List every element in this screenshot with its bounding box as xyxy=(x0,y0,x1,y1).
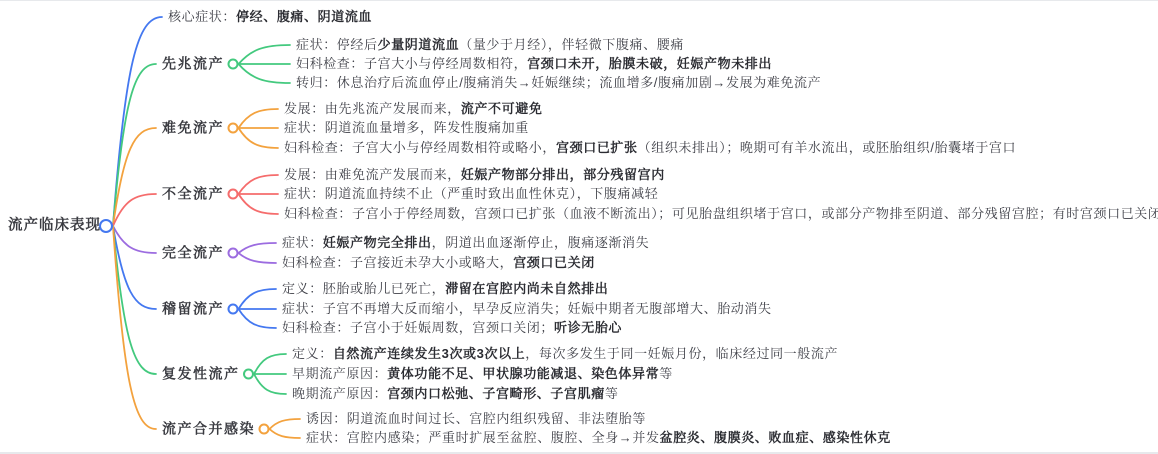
leaf-text: 妇科检查：子宫大小与停经周数相符或略小， xyxy=(284,140,556,155)
leaf-text: 等 xyxy=(605,386,619,401)
connector-line xyxy=(239,194,279,214)
branch-toggle-missed-abortion[interactable] xyxy=(229,305,238,314)
connector-line xyxy=(270,429,301,438)
mindmap-canvas: 流产临床表现 核心症状：停经、腹痛、阴道流血先兆流产症状：停经后少量阴道流血（量… xyxy=(0,0,1158,454)
leaf-inevitable-abortion-0[interactable]: 发展：由先兆流产发展而来，流产不可避免 xyxy=(284,101,542,117)
leaf-text-bold: 流产不可避免 xyxy=(461,101,543,116)
leaf-text: 症状： xyxy=(282,235,323,250)
leaf-recurrent-abortion-0[interactable]: 定义：自然流产连续发生3次或3次以上，每次多发生于同一妊娠月份，临床经过同一般流… xyxy=(292,346,838,362)
leaf-text: 症状：停经后 xyxy=(296,37,378,52)
leaf-threatened-abortion-2[interactable]: 转归：休息治疗后流血停止/腹痛消失→妊娠继续；流血增多/腹痛加剧→发展为难免流产 xyxy=(296,75,821,91)
leaf-text: 妇科检查：子宫接近未孕大小或略大， xyxy=(282,255,513,270)
connector-line xyxy=(254,374,286,394)
leaf-core-symptoms-0[interactable]: 核心症状：停经、腹痛、阴道流血 xyxy=(168,9,372,25)
leaf-inevitable-abortion-2[interactable]: 妇科检查：子宫大小与停经周数相符或略小，宫颈口已扩张（组织未排出）；晚期可有羊水… xyxy=(284,140,1016,156)
leaf-text: 发展：由难免流产发展而来， xyxy=(284,167,461,182)
leaf-text-bold: 自然流产连续发生3次或3次以上 xyxy=(333,346,525,361)
branch-toggle-incomplete-abortion[interactable] xyxy=(229,190,238,199)
leaf-missed-abortion-0[interactable]: 定义：胚胎或胎儿已死亡，滞留在宫腔内尚未自然排出 xyxy=(282,281,608,297)
branch-toggle-threatened-abortion[interactable] xyxy=(229,60,238,69)
leaf-text: 晚期流产原因： xyxy=(292,386,387,401)
leaf-text-bold: 宫颈内口松弛、子宫畸形、子宫肌瘤 xyxy=(387,386,605,401)
leaf-text-bold: 黄体功能不足、甲状腺功能减退、染色体异常 xyxy=(387,366,659,381)
leaf-text: 发展：由先兆流产发展而来， xyxy=(284,101,461,116)
leaf-text: 妇科检查：子宫小于妊娠周数，宫颈口关闭； xyxy=(282,320,554,335)
branch-threatened-abortion[interactable]: 先兆流产 xyxy=(162,56,224,73)
leaf-threatened-abortion-1[interactable]: 妇科检查：子宫大小与停经周数相符，宫颈口未开，胎膜未破，妊娠产物未排出 xyxy=(296,56,772,72)
branch-septic-abortion[interactable]: 流产合并感染 xyxy=(162,421,255,438)
leaf-incomplete-abortion-1[interactable]: 症状：阴道流血持续不止（严重时致出血性休克），下腹痛减轻 xyxy=(284,186,658,202)
leaf-text: 症状：阴道流血量增多，阵发性腹痛加重 xyxy=(284,120,529,135)
leaf-inevitable-abortion-1[interactable]: 症状：阴道流血量增多，阵发性腹痛加重 xyxy=(284,120,529,136)
connector-line xyxy=(239,45,291,64)
leaf-incomplete-abortion-2[interactable]: 妇科检查：子宫小于停经周数，宫颈口已扩张（血液不断流出）；可见胎盘组织堵于宫口，… xyxy=(284,206,1158,222)
leaf-text-bold: 妊娠产物完全排出 xyxy=(323,235,432,250)
leaf-text: 核心症状： xyxy=(168,9,236,24)
connector-line xyxy=(239,253,277,263)
connector-line xyxy=(239,243,277,253)
leaf-text-bold: 听诊无胎心 xyxy=(554,320,622,335)
connector-line xyxy=(239,128,279,148)
root-toggle[interactable] xyxy=(100,220,112,232)
connector-line xyxy=(113,194,156,226)
leaf-incomplete-abortion-0[interactable]: 发展：由难免流产发展而来，妊娠产物部分排出，部分残留宫内 xyxy=(284,167,665,183)
branch-incomplete-abortion[interactable]: 不全流产 xyxy=(162,186,224,203)
leaf-text: 定义： xyxy=(292,346,333,361)
root-node[interactable]: 流产临床表现 xyxy=(8,217,101,234)
branch-toggle-inevitable-abortion[interactable] xyxy=(229,124,238,133)
connector-line xyxy=(113,226,156,253)
leaf-recurrent-abortion-1[interactable]: 早期流产原因：黄体功能不足、甲状腺功能减退、染色体异常等 xyxy=(292,366,673,382)
leaf-text: （组织未排出）；晚期可有羊水流出，或胚胎组织/胎囊堵于宫口 xyxy=(638,140,1017,155)
branch-inevitable-abortion[interactable]: 难免流产 xyxy=(162,120,224,137)
leaf-text: 诱因：阴道流血时间过长、宫腔内组织残留、非法堕胎等 xyxy=(306,411,646,426)
leaf-missed-abortion-1[interactable]: 症状：子宫不再增大反而缩小，早孕反应消失；妊娠中期者无腹部增大、胎动消失 xyxy=(282,301,772,317)
leaf-text-bold: 盆腔炎、腹膜炎、败血症、感染性休克 xyxy=(660,430,891,445)
leaf-text: 转归：休息治疗后流血停止/腹痛消失→妊娠继续；流血增多/腹痛加剧→发展为难免流产 xyxy=(296,75,821,90)
connector-line xyxy=(270,419,301,429)
leaf-threatened-abortion-0[interactable]: 症状：停经后少量阴道流血（量少于月经），伴轻微下腹痛、腰痛 xyxy=(296,37,684,53)
connector-line xyxy=(239,309,277,328)
leaf-text-bold: 停经、腹痛、阴道流血 xyxy=(236,9,372,24)
branch-toggle-recurrent-abortion[interactable] xyxy=(244,370,253,379)
connector-line xyxy=(239,175,279,194)
branch-toggle-septic-abortion[interactable] xyxy=(260,425,269,434)
leaf-text: 症状：宫腔内感染；严重时扩展至盆腔、腹腔、全身→并发 xyxy=(306,430,660,445)
leaf-text: 症状：子宫不再增大反而缩小，早孕反应消失；妊娠中期者无腹部增大、胎动消失 xyxy=(282,301,772,316)
leaf-text-bold: 滞留在宫腔内尚未自然排出 xyxy=(445,281,608,296)
branch-recurrent-abortion[interactable]: 复发性流产 xyxy=(162,366,240,383)
leaf-text-bold: 妊娠产物部分排出，部分残留宫内 xyxy=(461,167,665,182)
root-label: 流产临床表现 xyxy=(8,217,101,233)
connector-line xyxy=(254,354,286,374)
leaf-missed-abortion-2[interactable]: 妇科检查：子宫小于妊娠周数，宫颈口关闭；听诊无胎心 xyxy=(282,320,622,336)
leaf-text: 妇科检查：子宫小于停经周数，宫颈口已扩张（血液不断流出）；可见胎盘组织堵于宫口，… xyxy=(284,206,1158,221)
connector-line xyxy=(239,109,279,128)
leaf-text-bold: 宫颈口未开，胎膜未破，妊娠产物未排出 xyxy=(527,56,772,71)
leaf-text: 等 xyxy=(659,366,673,381)
leaf-text: 妇科检查：子宫大小与停经周数相符， xyxy=(296,56,527,71)
leaf-text-bold: 少量阴道流血 xyxy=(378,37,460,52)
leaf-text: 早期流产原因： xyxy=(292,366,387,381)
connector-line xyxy=(239,289,277,309)
leaf-septic-abortion-1[interactable]: 症状：宫腔内感染；严重时扩展至盆腔、腹腔、全身→并发盆腔炎、腹膜炎、败血症、感染… xyxy=(306,430,891,446)
leaf-text-bold: 宫颈口已关闭 xyxy=(513,255,595,270)
branch-toggle-complete-abortion[interactable] xyxy=(229,249,238,258)
branch-complete-abortion[interactable]: 完全流产 xyxy=(162,245,224,262)
leaf-text: 定义：胚胎或胎儿已死亡， xyxy=(282,281,445,296)
leaf-text: （量少于月经），伴轻微下腹痛、腰痛 xyxy=(459,37,684,52)
branch-missed-abortion[interactable]: 稽留流产 xyxy=(162,301,224,318)
leaf-text: 症状：阴道流血持续不止（严重时致出血性休克），下腹痛减轻 xyxy=(284,186,658,201)
leaf-septic-abortion-0[interactable]: 诱因：阴道流血时间过长、宫腔内组织残留、非法堕胎等 xyxy=(306,411,646,427)
leaf-text: ，阴道出血逐渐停止，腹痛逐渐消失 xyxy=(432,235,650,250)
leaf-text: ，每次多发生于同一妊娠月份，临床经过同一般流产 xyxy=(525,346,838,361)
leaf-complete-abortion-1[interactable]: 妇科检查：子宫接近未孕大小或略大，宫颈口已关闭 xyxy=(282,255,595,271)
connector-line xyxy=(113,128,156,226)
leaf-text-bold: 宫颈口已扩张 xyxy=(556,140,638,155)
leaf-complete-abortion-0[interactable]: 症状：妊娠产物完全排出，阴道出血逐渐停止，腹痛逐渐消失 xyxy=(282,235,649,251)
leaf-recurrent-abortion-2[interactable]: 晚期流产原因：宫颈内口松弛、子宫畸形、子宫肌瘤等 xyxy=(292,386,618,402)
connector-line xyxy=(239,64,291,83)
